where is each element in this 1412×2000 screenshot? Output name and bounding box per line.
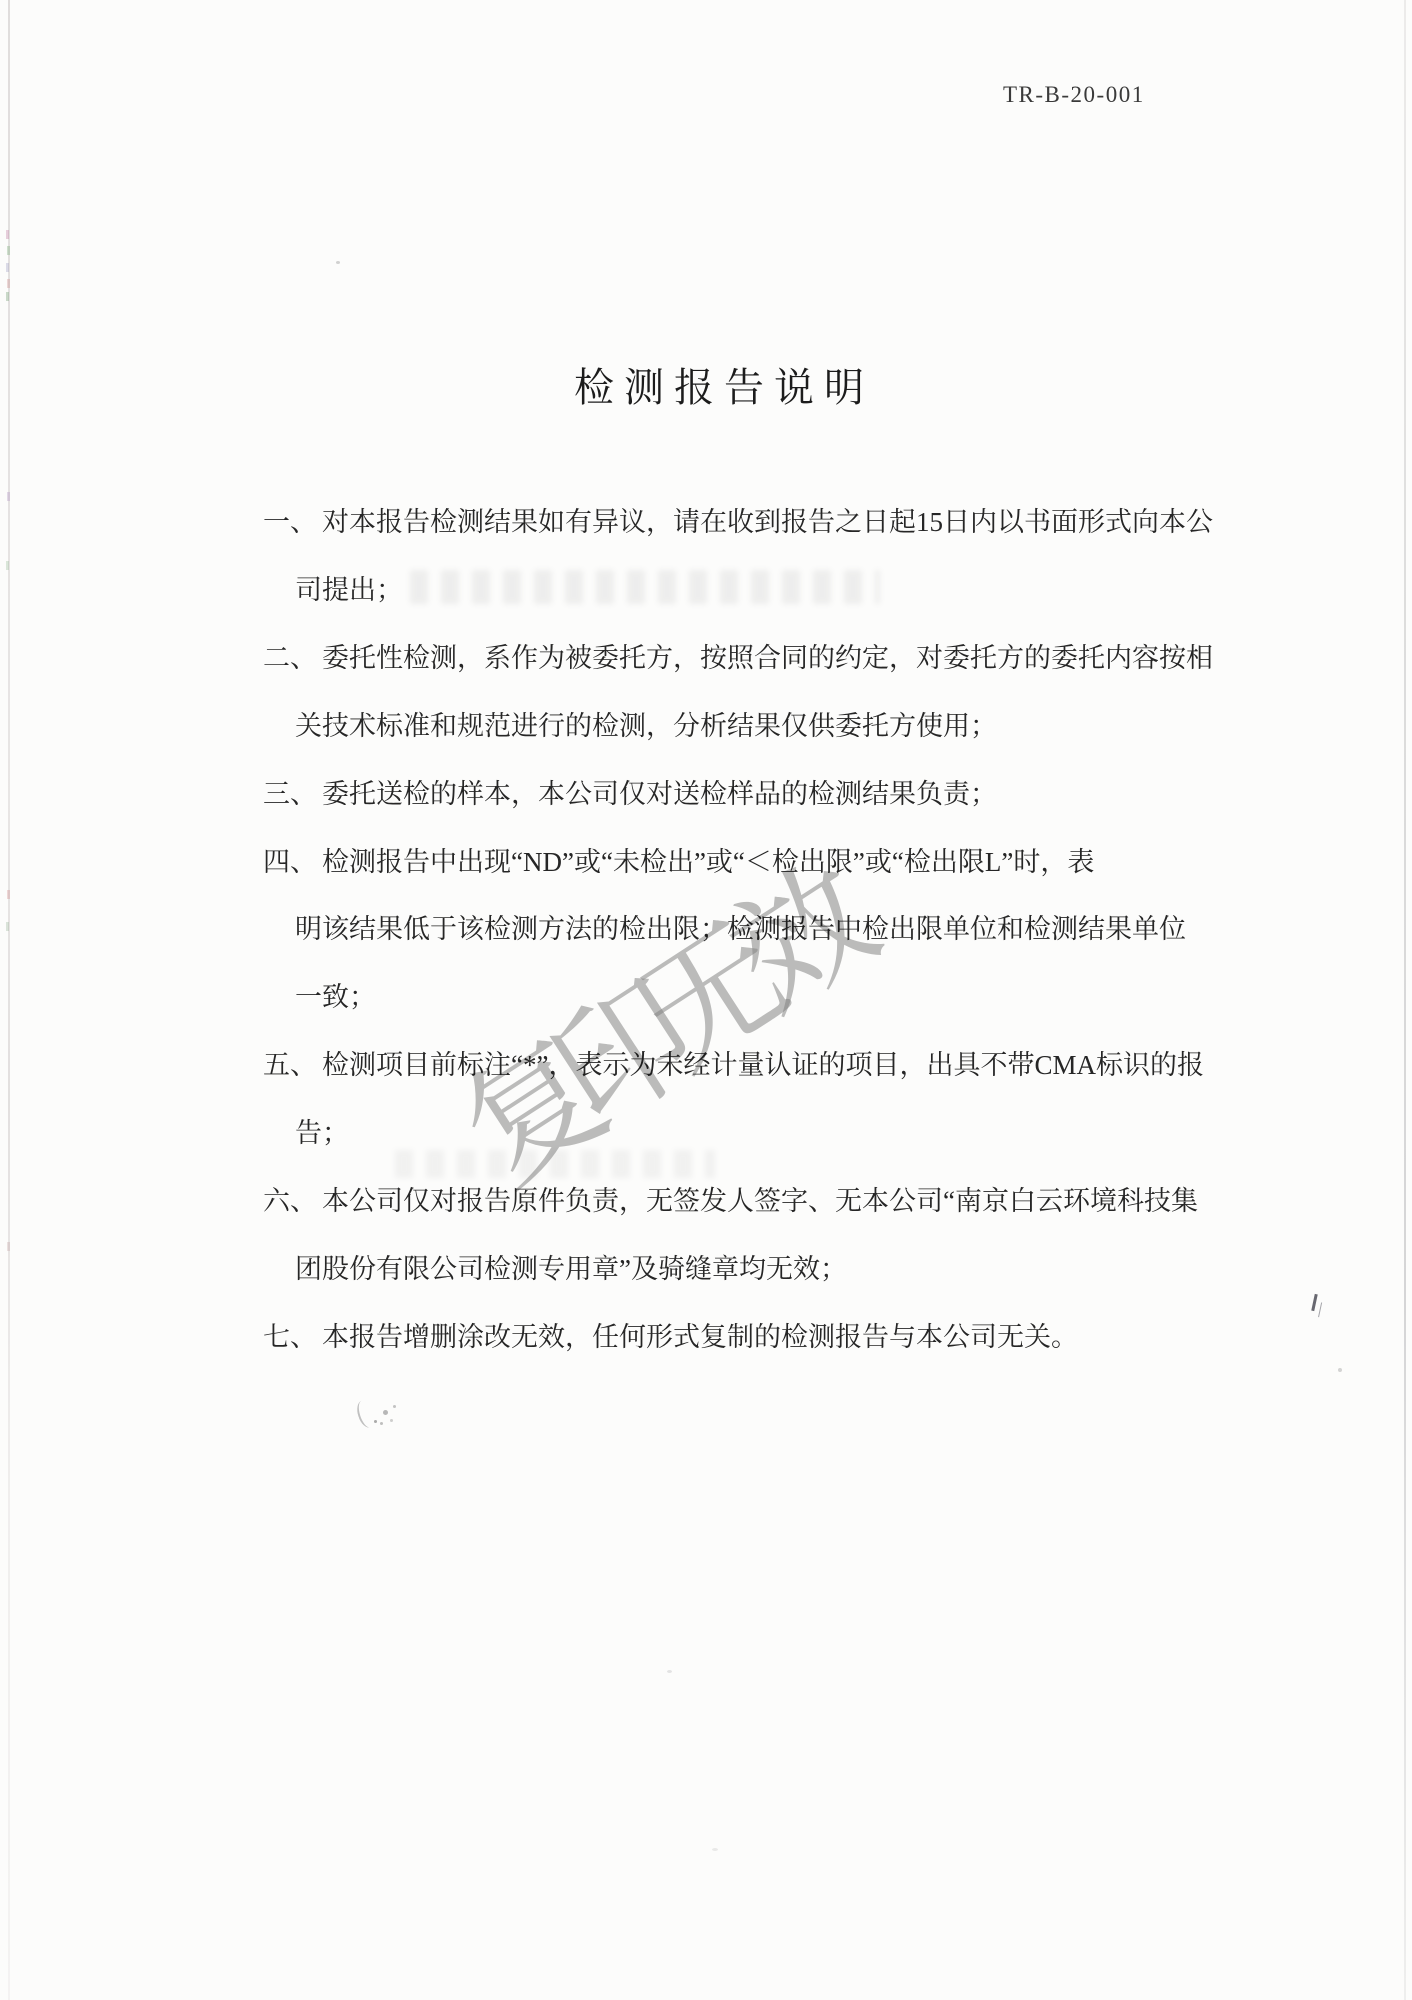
ink-speck: [712, 1848, 718, 1851]
item-text: 团股份有限公司检测专用章”及骑缝章均无效；: [295, 1254, 847, 1284]
item-text: 本报告增删涂改无效，任何形式复制的检测报告与本公司无关。: [322, 1322, 1078, 1352]
item-text: 司提出；: [295, 575, 403, 605]
scan-edge-artifact-left: [8, 0, 10, 2000]
item-text: 关技术标准和规范进行的检测，分析结果仅供委托方使用；: [295, 711, 997, 741]
page-title: 检测报告说明: [0, 356, 1412, 413]
pencil-smudge-dots: [374, 1420, 377, 1423]
document-code: TR-B-20-001: [1003, 82, 1145, 108]
scan-edge-artifact-right: [1404, 0, 1406, 2000]
item-number: 五、: [263, 1050, 317, 1080]
item-number: 二、: [263, 643, 317, 673]
scanned-report-page: TR-B-20-001 检测报告说明 一、对本报告检测结果如有异议，请在收到报告…: [0, 0, 1412, 2000]
item-number: 四、: [263, 847, 317, 877]
item-number: 六、: [263, 1186, 317, 1216]
note-line: 二、委托性检测，系作为被委托方，按照合同的约定，对委托方的委托内容按相: [263, 625, 1313, 693]
item-text: 本公司仅对报告原件负责，无签发人签字、无本公司“南京白云环境科技集: [322, 1186, 1198, 1216]
item-text: 对本报告检测结果如有异议，请在收到报告之日起15日内以书面形式向本公: [322, 507, 1213, 537]
item-text: 告；: [295, 1118, 349, 1148]
item-text: 一致；: [295, 982, 376, 1012]
item-text: 委托性检测，系作为被委托方，按照合同的约定，对委托方的委托内容按相: [322, 643, 1213, 673]
ink-speck: [336, 261, 340, 264]
item-text: 委托送检的样本，本公司仅对送检样品的检测结果负责；: [322, 779, 997, 809]
scan-speckles: [6, 230, 9, 239]
note-line: 一、对本报告检测结果如有异议，请在收到报告之日起15日内以书面形式向本公: [263, 489, 1313, 557]
bleed-through-ghost: [410, 570, 880, 604]
item-number: 七、: [263, 1322, 317, 1352]
note-line: 七、本报告增删涂改无效，任何形式复制的检测报告与本公司无关。: [263, 1304, 1313, 1372]
ink-speck: [667, 1670, 672, 1673]
note-line: 关技术标准和规范进行的检测，分析结果仅供委托方使用；: [263, 693, 1313, 761]
ink-speck: [1338, 1368, 1342, 1372]
item-number: 一、: [263, 507, 317, 537]
pencil-smudge: [354, 1398, 378, 1430]
item-number: 三、: [263, 779, 317, 809]
note-line: 团股份有限公司检测专用章”及骑缝章均无效；: [263, 1236, 1313, 1304]
note-line: 六、本公司仅对报告原件负责，无签发人签字、无本公司“南京白云环境科技集: [263, 1168, 1313, 1236]
